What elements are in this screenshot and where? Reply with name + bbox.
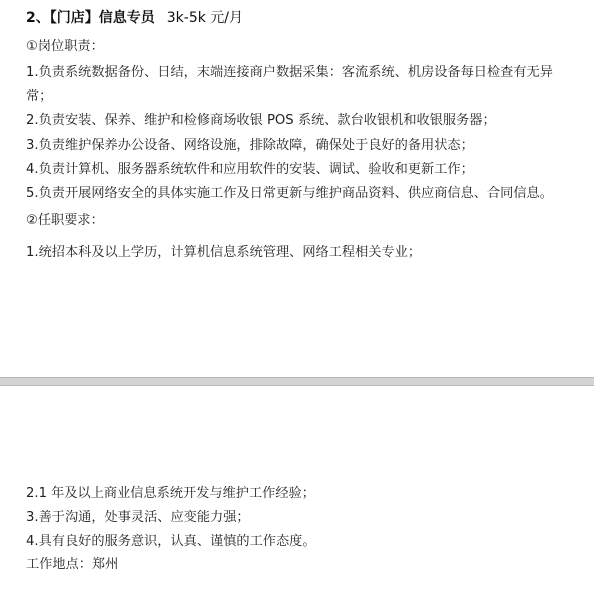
duties-heading: ①岗位职责： [26, 39, 104, 55]
page-break-separator [0, 377, 594, 386]
requirement-item-2: 2.1 年及以上商业信息系统开发与维护工作经验； [26, 486, 315, 502]
duty-item-1-cont: 常； [26, 89, 52, 105]
requirement-item-4: 4.具有良好的服务意识，认真、谨慎的工作态度。 [26, 534, 316, 550]
duty-item-5: 5.负责开展网络安全的具体实施工作及日常更新与维护商品资料、供应商信息、合同信息… [26, 186, 553, 202]
document-page-1: 2、【门店】信息专员3k-5k 元/月 ①岗位职责： 1.负责系统数据备份、日结… [0, 0, 594, 377]
duty-item-4: 4.负责计算机、服务器系统软件和应用软件的安装、调试、验收和更新工作； [26, 162, 474, 178]
duty-item-3: 3.负责维护保养办公设备、网络设施，排除故障，确保处于良好的备用状态； [26, 138, 474, 154]
duty-item-1: 1.负责系统数据备份、日结，末端连接商户数据采集：客流系统、机房设备每日检查有无… [26, 65, 553, 81]
job-title: 2、【门店】信息专员 [26, 10, 155, 26]
salary-range: 3k-5k 元/月 [167, 10, 243, 26]
requirements-heading: ②任职要求： [26, 213, 104, 229]
document-page-2: 2.1 年及以上商业信息系统开发与维护工作经验； 3.善于沟通，处事灵活、应变能… [0, 386, 594, 592]
requirement-item-3: 3.善于沟通，处事灵活、应变能力强； [26, 510, 250, 526]
job-title-heading: 2、【门店】信息专员3k-5k 元/月 [26, 10, 243, 26]
work-location: 工作地点：郑州 [26, 557, 118, 573]
duty-item-2: 2.负责安装、保养、维护和检修商场收银 POS 系统、款台收银机和收银服务器； [26, 113, 496, 129]
requirement-item-1: 1.统招本科及以上学历，计算机信息系统管理、网络工程相关专业； [26, 245, 421, 261]
